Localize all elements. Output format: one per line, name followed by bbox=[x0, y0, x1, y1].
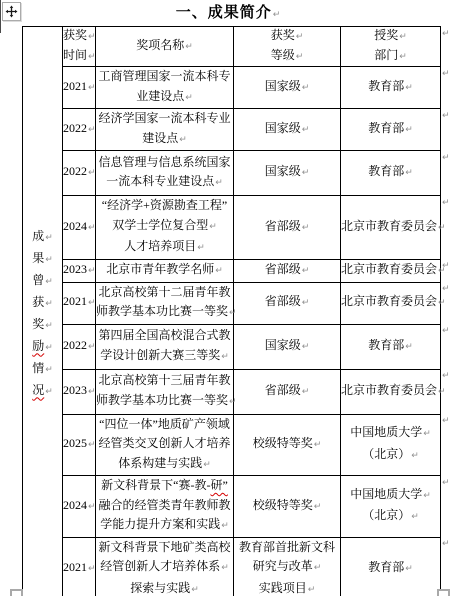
document-page: 一、成果简介↵ 成↵果↵曾↵获↵奖↵励↵情↵况↵获奖↵时间↵奖项名称↵获奖↵等级… bbox=[0, 0, 456, 596]
spellcheck-squiggle: 励 bbox=[32, 339, 44, 353]
cell-line: 奖项名称↵ bbox=[96, 37, 233, 57]
year-cell[interactable]: 2023↵ bbox=[63, 369, 96, 414]
cell-line: 双学士学位复合型↵ bbox=[96, 216, 233, 238]
grade-cell[interactable]: 国家级↵ bbox=[234, 67, 341, 109]
cell-line: 等级↵ bbox=[234, 47, 340, 67]
cell-line: 建设点↵ bbox=[96, 129, 233, 151]
cell-line: 励↵ bbox=[23, 336, 62, 358]
end-of-cell-mark: ↵ bbox=[405, 342, 413, 352]
end-of-cell-mark: ↵ bbox=[314, 563, 322, 573]
cell-line: 中国地质大学↵ bbox=[341, 423, 440, 445]
grade-cell[interactable]: 省部级↵ bbox=[234, 196, 341, 260]
cell-line: “四位一体”地质矿产领域 bbox=[96, 415, 233, 435]
end-of-cell-mark: ↵ bbox=[209, 222, 217, 232]
section-title-text: 一、成果简介 bbox=[176, 5, 272, 21]
cell-line: 教育部↵ bbox=[341, 77, 440, 99]
end-of-cell-mark: ↵ bbox=[88, 32, 96, 42]
end-of-cell-mark: ↵ bbox=[45, 233, 53, 243]
dept-cell[interactable]: 教育部↵ bbox=[341, 109, 441, 151]
cell-line: 教育部首批新文科 bbox=[234, 538, 340, 558]
year-cell[interactable]: 2024↵ bbox=[63, 476, 96, 538]
spellcheck-squiggle: 研” bbox=[211, 478, 228, 492]
end-of-cell-mark: ↵ bbox=[88, 387, 96, 397]
end-of-cell-mark: ↵ bbox=[405, 125, 413, 135]
cell-line: 北京市教育委员会↵ bbox=[341, 260, 440, 282]
cell-line: 探索与实践↵ bbox=[96, 579, 233, 596]
end-of-cell-mark: ↵ bbox=[88, 125, 96, 135]
cell-line: 省部级↵ bbox=[234, 381, 340, 403]
grade-cell[interactable]: 省部级↵ bbox=[234, 259, 341, 282]
cell-line: 国家级↵ bbox=[234, 336, 340, 358]
end-of-cell-mark: ↵ bbox=[229, 308, 237, 318]
end-of-cell-mark: ↵ bbox=[308, 585, 316, 595]
end-of-cell-mark: ↵ bbox=[302, 125, 310, 135]
cell-line: 授奖↵ bbox=[341, 27, 440, 47]
end-of-cell-mark: ↵ bbox=[45, 321, 53, 331]
cell-line: 学设计创新大赛三等奖↵ bbox=[96, 346, 233, 368]
end-of-cell-mark: ↵ bbox=[221, 352, 229, 362]
table-row: 2025↵“四位一体”地质矿产领域经管类交叉创新人才培养体系构建与实践↵校级特等… bbox=[23, 414, 441, 476]
cell-line: 教育部↵ bbox=[341, 162, 440, 184]
cell-line: 2023↵ bbox=[63, 260, 95, 282]
end-of-cell-mark: ↵ bbox=[302, 342, 310, 352]
end-of-cell-mark: ↵ bbox=[45, 277, 53, 287]
year-cell[interactable]: 2022↵ bbox=[63, 109, 96, 151]
end-of-cell-mark: ↵ bbox=[185, 42, 193, 52]
year-cell[interactable]: 2021↵ bbox=[63, 282, 96, 324]
spellcheck-squiggle: 况 bbox=[32, 383, 44, 397]
award-name-cell[interactable]: 北京高校第十二届青年教师教学基本功比赛一等奖↵ bbox=[96, 282, 234, 324]
year-cell[interactable]: 2024↵ bbox=[63, 196, 96, 260]
table-row: 2022↵第四届全国高校混合式教学设计创新大赛三等奖↵国家级↵教育部↵ bbox=[23, 324, 441, 369]
cell-line: 2022↵ bbox=[63, 119, 95, 141]
end-of-cell-mark: ↵ bbox=[314, 502, 322, 512]
end-of-row-mark: ↵ bbox=[442, 416, 450, 426]
cell-line: 体系构建与实践↵ bbox=[96, 454, 233, 476]
grade-cell[interactable]: 省部级↵ bbox=[234, 282, 341, 324]
end-of-cell-mark: ↵ bbox=[88, 266, 96, 276]
cell-line: 北京市青年教学名师↵ bbox=[96, 260, 233, 282]
cell-line: 情↵ bbox=[23, 358, 62, 380]
end-of-cell-mark: ↵ bbox=[411, 512, 419, 522]
end-of-cell-mark: ↵ bbox=[302, 223, 310, 233]
cell-line: 北京市教育委员会↵ bbox=[341, 381, 440, 403]
cell-line: 获奖↵ bbox=[63, 27, 95, 47]
cell-line: 一流本科专业建设点↵ bbox=[96, 172, 233, 194]
header-cell-grade[interactable]: 获奖↵等级↵ bbox=[234, 27, 341, 67]
award-name-cell[interactable]: 北京市青年教学名师↵ bbox=[96, 259, 234, 282]
cell-line: 2024↵ bbox=[63, 496, 95, 518]
table-row: 2023↵北京高校第十三届青年教师教学基本功比赛一等奖↵省部级↵北京市教育委员会… bbox=[23, 369, 441, 414]
grade-cell[interactable]: 校级特等奖↵ bbox=[234, 476, 341, 538]
table-row: 2024↵新文科背景下“赛-教-研”融合的经管类青年教师教学能力提升方案和实践↵… bbox=[23, 476, 441, 538]
end-of-cell-mark: ↵ bbox=[296, 52, 304, 62]
year-cell[interactable]: 2021↵ bbox=[63, 537, 96, 596]
year-cell[interactable]: 2021↵ bbox=[63, 67, 96, 109]
end-of-row-mark: ↵ bbox=[442, 198, 450, 208]
end-of-cell-mark: ↵ bbox=[88, 52, 96, 62]
dept-cell[interactable]: 北京市教育委员会↵ bbox=[341, 282, 441, 324]
cell-line: 人才培养项目↵ bbox=[96, 237, 233, 259]
end-of-cell-mark: ↵ bbox=[314, 440, 322, 450]
grade-cell[interactable]: 教育部首批新文科研究与改革↵实践项目↵ bbox=[234, 537, 341, 596]
table-row: 2021↵工商管理国家一流本科专业建设点↵国家级↵教育部↵ bbox=[23, 67, 441, 109]
end-of-cell-mark: ↵ bbox=[302, 387, 310, 397]
end-of-cell-mark: ↵ bbox=[88, 168, 96, 178]
award-name-cell[interactable]: 经济学国家一流本科专业建设点↵ bbox=[96, 109, 234, 151]
cell-line: 实践项目↵ bbox=[234, 579, 340, 596]
end-of-cell-mark: ↵ bbox=[45, 255, 53, 265]
end-of-cell-mark: ↵ bbox=[45, 365, 53, 375]
end-of-cell-mark: ↵ bbox=[405, 564, 413, 574]
year-cell[interactable]: 2025↵ bbox=[63, 414, 96, 476]
cell-line: 时间↵ bbox=[63, 47, 95, 67]
table-row: 2021↵新文科背景下地矿类高校经管创新人才培养体系↵探索与实践↵教育部首批新文… bbox=[23, 537, 441, 596]
cell-line: 国家级↵ bbox=[234, 119, 340, 141]
end-of-cell-mark: ↵ bbox=[45, 343, 53, 353]
end-of-cell-mark: ↵ bbox=[229, 397, 237, 407]
cell-line: 奖↵ bbox=[23, 314, 62, 336]
grade-cell[interactable]: 国家级↵ bbox=[234, 151, 341, 196]
cell-line: 校级特等奖↵ bbox=[234, 434, 340, 456]
cell-line: 信息管理与信息系统国家 bbox=[96, 153, 233, 173]
side-label-cell[interactable]: 成↵果↵曾↵获↵奖↵励↵情↵况↵ bbox=[23, 27, 63, 596]
cell-line: 2021↵ bbox=[63, 77, 95, 99]
end-of-cell-mark: ↵ bbox=[88, 298, 96, 308]
cell-line: 2021↵ bbox=[63, 292, 95, 314]
end-of-cell-mark: ↵ bbox=[302, 168, 310, 178]
cell-line: 教育部↵ bbox=[341, 119, 440, 141]
cell-line: 获↵ bbox=[23, 292, 62, 314]
end-of-cell-mark: ↵ bbox=[203, 460, 211, 470]
cell-line: 业建设点↵ bbox=[96, 87, 233, 109]
cell-line: 2023↵ bbox=[63, 381, 95, 403]
cell-line: 经济学国家一流本科专业 bbox=[96, 109, 233, 129]
cell-line: 省部级↵ bbox=[234, 260, 340, 282]
end-of-cell-mark: ↵ bbox=[45, 299, 53, 309]
cell-line: 校级特等奖↵ bbox=[234, 496, 340, 518]
dept-cell[interactable]: 北京市教育委员会↵ bbox=[341, 369, 441, 414]
cell-line: 2022↵ bbox=[63, 336, 95, 358]
cell-line: 国家级↵ bbox=[234, 162, 340, 184]
cell-line: 教育部↵ bbox=[341, 336, 440, 358]
cell-line: 经管类交叉创新人才培养 bbox=[96, 434, 233, 454]
end-of-cell-mark: ↵ bbox=[88, 342, 96, 352]
cell-line: 国家级↵ bbox=[234, 77, 340, 99]
end-of-cell-mark: ↵ bbox=[215, 266, 223, 276]
award-name-cell[interactable]: 信息管理与信息系统国家一流本科专业建设点↵ bbox=[96, 151, 234, 196]
table-row: 2024↵“经济学+资源勘查工程”双学士学位复合型↵人才培养项目↵省部级↵北京市… bbox=[23, 196, 441, 260]
end-of-row-mark: ↵ bbox=[442, 69, 450, 79]
end-of-cell-mark: ↵ bbox=[423, 429, 431, 439]
end-of-cell-mark: ↵ bbox=[438, 223, 446, 233]
cell-line: 经管创新人才培养体系↵ bbox=[96, 557, 233, 579]
cell-line: 师教学基本功比赛一等奖↵ bbox=[96, 391, 233, 413]
end-of-cell-mark: ↵ bbox=[302, 298, 310, 308]
end-of-row-mark: ↵ bbox=[442, 478, 450, 488]
grade-cell[interactable]: 校级特等奖↵ bbox=[234, 414, 341, 476]
cell-line: 2025↵ bbox=[63, 434, 95, 456]
cell-line: 师教学基本功比赛一等奖↵ bbox=[96, 302, 233, 324]
end-of-cell-mark: ↵ bbox=[399, 32, 407, 42]
end-of-row-mark: ↵ bbox=[442, 261, 450, 271]
end-of-row-mark: ↵ bbox=[442, 326, 450, 336]
table-row: 2022↵信息管理与信息系统国家一流本科专业建设点↵国家级↵教育部↵ bbox=[23, 151, 441, 196]
grade-cell[interactable]: 国家级↵ bbox=[234, 109, 341, 151]
cell-line: 融合的经管类青年教师教 bbox=[96, 496, 233, 516]
cell-line: 北京市教育委员会↵ bbox=[341, 292, 440, 314]
end-of-cell-mark: ↵ bbox=[88, 440, 96, 450]
cell-line: “经济学+资源勘查工程” bbox=[96, 196, 233, 216]
end-of-cell-mark: ↵ bbox=[405, 83, 413, 93]
awards-table[interactable]: 成↵果↵曾↵获↵奖↵励↵情↵况↵获奖↵时间↵奖项名称↵获奖↵等级↵授奖↵部门↵2… bbox=[22, 26, 441, 596]
end-of-cell-mark: ↵ bbox=[215, 178, 223, 188]
cell-line: （北京）↵ bbox=[341, 445, 440, 467]
end-of-cell-mark: ↵ bbox=[88, 502, 96, 512]
award-name-cell[interactable]: 新文科背景下地矿类高校经管创新人才培养体系↵探索与实践↵ bbox=[96, 537, 234, 596]
end-of-cell-mark: ↵ bbox=[88, 83, 96, 93]
header-cell-time[interactable]: 获奖↵时间↵ bbox=[63, 27, 96, 67]
cell-line: 果↵ bbox=[23, 248, 62, 270]
section-title[interactable]: 一、成果简介↵ bbox=[0, 2, 456, 26]
header-cell-dept[interactable]: 授奖↵部门↵ bbox=[341, 27, 441, 67]
dept-cell[interactable]: 中国地质大学↵（北京）↵ bbox=[341, 414, 441, 476]
cell-line: （北京）↵ bbox=[341, 506, 440, 528]
paragraph-mark: ↵ bbox=[273, 10, 281, 20]
cell-line: 省部级↵ bbox=[234, 217, 340, 239]
award-name-cell[interactable]: 工商管理国家一流本科专业建设点↵ bbox=[96, 67, 234, 109]
grade-cell[interactable]: 国家级↵ bbox=[234, 324, 341, 369]
cell-line: 北京市教育委员会↵ bbox=[341, 217, 440, 239]
cell-line: 2022↵ bbox=[63, 162, 95, 184]
end-of-row-mark: ↵ bbox=[442, 539, 450, 549]
cell-line: 北京高校第十二届青年教 bbox=[96, 283, 233, 303]
table-corner-handle-right[interactable] bbox=[437, 589, 450, 596]
table-row: 2021↵北京高校第十二届青年教师教学基本功比赛一等奖↵省部级↵北京市教育委员会… bbox=[23, 282, 441, 324]
cell-line: 工商管理国家一流本科专 bbox=[96, 67, 233, 87]
cell-line: 新文科背景下地矿类高校 bbox=[96, 538, 233, 558]
grade-cell[interactable]: 省部级↵ bbox=[234, 369, 341, 414]
year-cell[interactable]: 2022↵ bbox=[63, 324, 96, 369]
dept-cell[interactable]: 教育部↵ bbox=[341, 151, 441, 196]
cell-line: 研究与改革↵ bbox=[234, 557, 340, 579]
award-name-cell[interactable]: 新文科背景下“赛-教-研”融合的经管类青年教师教学能力提升方案和实践↵ bbox=[96, 476, 234, 538]
end-of-cell-mark: ↵ bbox=[438, 298, 446, 308]
year-cell[interactable]: 2023↵ bbox=[63, 259, 96, 282]
end-of-row-mark: ↵ bbox=[442, 29, 450, 39]
dept-cell[interactable]: 教育部↵ bbox=[341, 324, 441, 369]
end-of-cell-mark: ↵ bbox=[302, 83, 310, 93]
year-cell[interactable]: 2022↵ bbox=[63, 151, 96, 196]
end-of-row-mark: ↵ bbox=[442, 371, 450, 381]
end-of-cell-mark: ↵ bbox=[302, 266, 310, 276]
end-of-cell-mark: ↵ bbox=[411, 451, 419, 461]
table-corner-handle-left[interactable] bbox=[10, 589, 23, 596]
end-of-cell-mark: ↵ bbox=[399, 52, 407, 62]
cell-line: 学能力提升方案和实践↵ bbox=[96, 515, 233, 537]
end-of-row-mark: ↵ bbox=[442, 111, 450, 121]
award-name-cell[interactable]: “经济学+资源勘查工程”双学士学位复合型↵人才培养项目↵ bbox=[96, 196, 234, 260]
dept-cell[interactable]: 教育部↵ bbox=[341, 67, 441, 109]
header-cell-name[interactable]: 奖项名称↵ bbox=[96, 27, 234, 67]
end-of-cell-mark: ↵ bbox=[423, 491, 431, 501]
end-of-row-mark: ↵ bbox=[442, 153, 450, 163]
cell-line: 2021↵ bbox=[63, 558, 95, 580]
table-row: 2022↵经济学国家一流本科专业建设点↵国家级↵教育部↵ bbox=[23, 109, 441, 151]
cell-line: 北京高校第十三届青年教 bbox=[96, 371, 233, 391]
dept-cell[interactable]: 北京市教育委员会↵ bbox=[341, 196, 441, 260]
cell-line: 获奖↵ bbox=[234, 27, 340, 47]
cell-line: 省部级↵ bbox=[234, 292, 340, 314]
cell-line: 第四届全国高校混合式教 bbox=[96, 326, 233, 346]
end-of-cell-mark: ↵ bbox=[221, 563, 229, 573]
cell-line: 教育部↵ bbox=[341, 558, 440, 580]
end-of-cell-mark: ↵ bbox=[197, 243, 205, 253]
end-of-cell-mark: ↵ bbox=[191, 585, 199, 595]
end-of-cell-mark: ↵ bbox=[405, 168, 413, 178]
cell-line: 部门↵ bbox=[341, 47, 440, 67]
cell-line: 曾↵ bbox=[23, 270, 62, 292]
cell-line: 2024↵ bbox=[63, 217, 95, 239]
awards-table-body: 成↵果↵曾↵获↵奖↵励↵情↵况↵获奖↵时间↵奖项名称↵获奖↵等级↵授奖↵部门↵2… bbox=[23, 27, 441, 596]
award-name-cell[interactable]: 第四届全国高校混合式教学设计创新大赛三等奖↵ bbox=[96, 324, 234, 369]
end-of-cell-mark: ↵ bbox=[438, 387, 446, 397]
dept-cell[interactable]: 教育部↵ bbox=[341, 537, 441, 596]
dept-cell[interactable]: 中国地质大学↵（北京）↵ bbox=[341, 476, 441, 538]
end-of-cell-mark: ↵ bbox=[185, 93, 193, 103]
cell-line: 况↵ bbox=[23, 380, 62, 402]
dept-cell[interactable]: 北京市教育委员会↵ bbox=[341, 259, 441, 282]
end-of-cell-mark: ↵ bbox=[88, 223, 96, 233]
cell-line: 中国地质大学↵ bbox=[341, 485, 440, 507]
table-row-header: 成↵果↵曾↵获↵奖↵励↵情↵况↵获奖↵时间↵奖项名称↵获奖↵等级↵授奖↵部门↵ bbox=[23, 27, 441, 67]
end-of-cell-mark: ↵ bbox=[88, 564, 96, 574]
end-of-cell-mark: ↵ bbox=[221, 521, 229, 531]
end-of-cell-mark: ↵ bbox=[179, 135, 187, 145]
table-row: 2023↵北京市青年教学名师↵省部级↵北京市教育委员会↵ bbox=[23, 259, 441, 282]
end-of-row-mark: ↵ bbox=[442, 284, 450, 294]
award-name-cell[interactable]: 北京高校第十三届青年教师教学基本功比赛一等奖↵ bbox=[96, 369, 234, 414]
end-of-cell-mark: ↵ bbox=[296, 32, 304, 42]
award-name-cell[interactable]: “四位一体”地质矿产领域经管类交叉创新人才培养体系构建与实践↵ bbox=[96, 414, 234, 476]
cell-line: 新文科背景下“赛-教-研” bbox=[96, 476, 233, 496]
cell-line: 成↵ bbox=[23, 226, 62, 248]
end-of-cell-mark: ↵ bbox=[45, 387, 53, 397]
